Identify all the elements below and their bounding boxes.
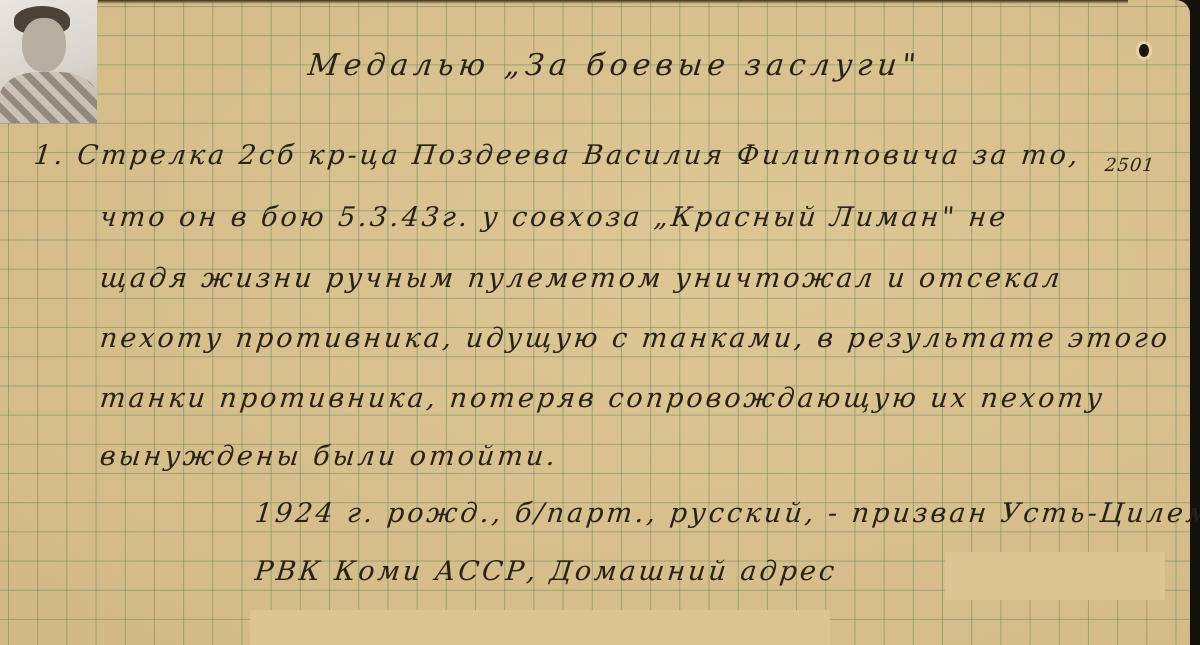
citation-line-1: 1. Стрелка 2сб кр-ца Поздеева Василия Фи…: [32, 140, 1082, 171]
scan-right-edge: [1190, 0, 1200, 645]
scan-top-shadow: [98, 0, 1128, 4]
paper-hole: [1139, 44, 1149, 57]
biography-line-1: 1924 г. рожд., б/парт., русский, - призв…: [253, 498, 1200, 529]
photo-face: [22, 18, 66, 72]
margin-note: 2501: [1104, 155, 1156, 176]
citation-line-2: что он в бою 5.3.43г. у совхоза „Красный…: [98, 202, 1010, 233]
redacted-footer: [250, 610, 830, 645]
document-title: Медалью „За боевые заслуги": [306, 48, 922, 83]
citation-line-6: вынуждены были отойти.: [98, 441, 559, 472]
citation-line-4: пехоту противника, идущую с танками, в р…: [98, 323, 1171, 354]
portrait-photo: [0, 0, 97, 123]
biography-line-2: РВК Коми АССР, Домашний адрес: [253, 556, 838, 587]
citation-line-3: щадя жизни ручным пулеметом уничтожал и …: [98, 263, 1064, 294]
redacted-address: [945, 552, 1165, 600]
photo-sweater: [0, 72, 97, 123]
citation-line-5: танки противника, потеряв сопровождающую…: [98, 383, 1106, 414]
